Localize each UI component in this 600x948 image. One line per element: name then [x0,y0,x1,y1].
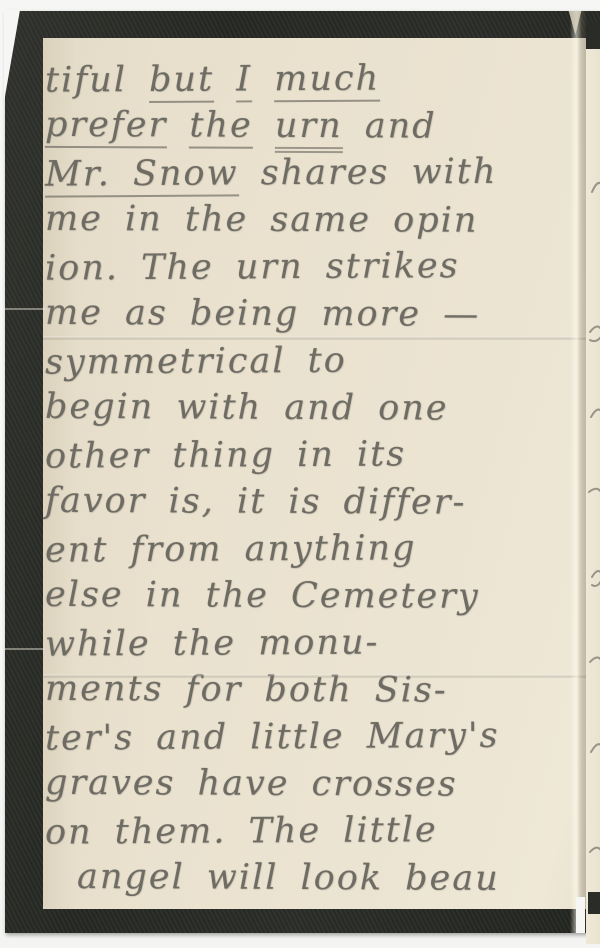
handwritten-text: ion. The urn strikes [45,246,460,289]
handwritten-line: on them. The little [45,806,574,856]
letter-page: tiful but I muchprefer the urn andMr. Sn… [5,11,600,933]
handwritten-text [214,59,236,99]
handwritten-text: while the monu- [45,623,380,665]
handwriting-lines: tiful but I muchprefer the urn andMr. Sn… [45,56,574,902]
handwritten-text: tiful [45,60,149,101]
underlined-word: the [189,105,253,148]
adjacent-page-ink-strokes [586,22,600,944]
border-notch-bottom [576,897,585,933]
handwritten-line: ments for both Sis- [45,666,574,715]
handwritten-line: angel will look beau [45,854,574,903]
underlined-word: prefer [45,105,167,149]
handwritten-text: ments for both Sis- [45,669,448,711]
handwritten-text: shares with [238,152,497,194]
handwritten-line: symmetrical to [45,336,574,386]
border-crease-crack [5,308,45,310]
handwritten-line: ion. The urn strikes [45,242,574,292]
handwritten-text: graves have crosses [45,763,458,805]
handwritten-text [252,59,274,99]
adjacent-page-sliver [586,22,600,944]
underlined-word: I [236,59,252,102]
handwritten-line: tiful but I much [45,54,574,104]
letter-paper: tiful but I muchprefer the urn andMr. Sn… [43,38,600,909]
handwritten-line: Mr. Snow shares with [45,148,574,198]
scan-background: tiful but I muchprefer the urn andMr. Sn… [0,0,600,948]
handwritten-text: me in the same opin [45,199,479,241]
handwritten-line: me in the same opin [45,196,574,245]
handwritten-text: me as being more — [45,293,480,335]
handwritten-text: else in the Cemetery [45,575,480,617]
underlined-word: but [149,60,214,103]
underlined-word: much [274,59,380,103]
handwritten-line: ent from anything [45,524,574,574]
handwritten-text: favor is, it is differ- [45,481,467,523]
handwritten-text: on them. The little [45,810,438,852]
handwritten-line: else in the Cemetery [45,572,574,621]
handwritten-text: other thing in its [45,434,406,476]
border-notch-top [566,11,584,35]
handwritten-line: graves have crosses [45,760,574,809]
handwritten-text: angel will look beau [77,857,500,899]
handwritten-text: symmetrical to [45,341,347,383]
handwritten-text [167,105,189,145]
handwritten-text: ter's and little Mary's [45,716,500,759]
handwritten-line: ter's and little Mary's [45,712,574,762]
border-crease-crack [5,648,45,650]
handwritten-text: begin with and one [45,387,449,429]
handwritten-text: and [343,106,437,146]
handwritten-line: other thing in its [45,430,574,480]
handwritten-line: while the monu- [45,618,574,668]
handwritten-line: begin with and one [45,384,574,433]
handwritten-line: favor is, it is differ- [45,478,574,527]
handwritten-line: prefer the urn and [45,102,574,151]
handwritten-line: me as being more — [45,290,574,339]
handwritten-text [253,106,275,146]
underlined-word: Mr. Snow [45,153,239,197]
photo-corner-cut [4,10,20,102]
handwritten-text: ent from anything [45,528,417,570]
underlined-word: urn [275,106,343,153]
